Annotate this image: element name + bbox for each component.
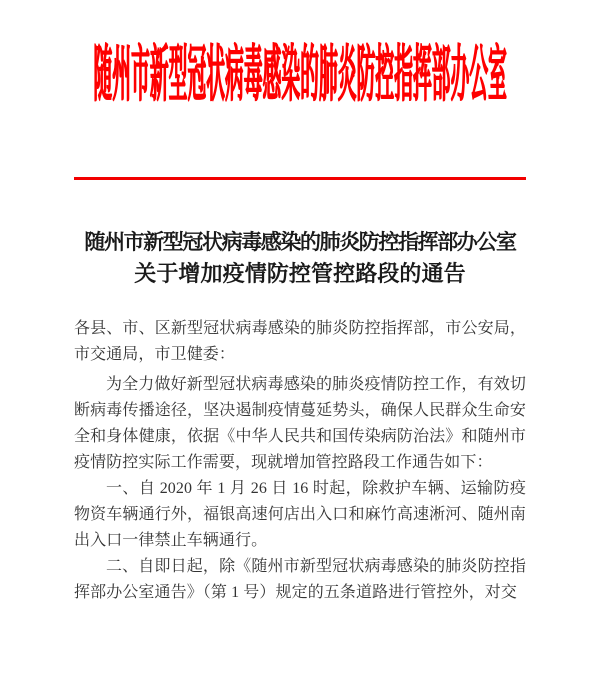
paragraph-item-2: 二、自即日起，除《随州市新型冠状病毒感染的肺炎防控指挥部办公室通告》（第 1 号… xyxy=(74,554,526,606)
letterhead: 随州市新型冠状病毒感染的肺炎防控指挥部办公室 xyxy=(0,42,600,63)
salutation: 各县、市、区新型冠状病毒感染的肺炎防控指挥部，市公安局，市交通局，市卫健委： xyxy=(74,316,526,368)
paragraph-preamble: 为全力做好新型冠状病毒感染的肺炎疫情防控工作，有效切断病毒传播途径，坚决遏制疫情… xyxy=(74,372,526,476)
document-title: 随州市新型冠状病毒感染的肺炎防控指挥部办公室 关于增加疫情防控管控路段的通告 xyxy=(0,227,600,289)
paragraph-item-1: 一、自 2020 年 1 月 26 日 16 时起，除救护车辆、运输防疫物资车辆… xyxy=(74,476,526,554)
document-title-line1: 随州市新型冠状病毒感染的肺炎防控指挥部办公室 xyxy=(0,227,600,258)
document-page: 随州市新型冠状病毒感染的肺炎防控指挥部办公室 随州市新型冠状病毒感染的肺炎防控指… xyxy=(0,0,600,690)
document-body: 各县、市、区新型冠状病毒感染的肺炎防控指挥部，市公安局，市交通局，市卫健委： 为… xyxy=(74,316,526,606)
red-divider-line xyxy=(74,177,526,180)
letterhead-org-name: 随州市新型冠状病毒感染的肺炎防控指挥部办公室 xyxy=(93,42,506,105)
document-title-line2: 关于增加疫情防控管控路段的通告 xyxy=(0,258,600,289)
